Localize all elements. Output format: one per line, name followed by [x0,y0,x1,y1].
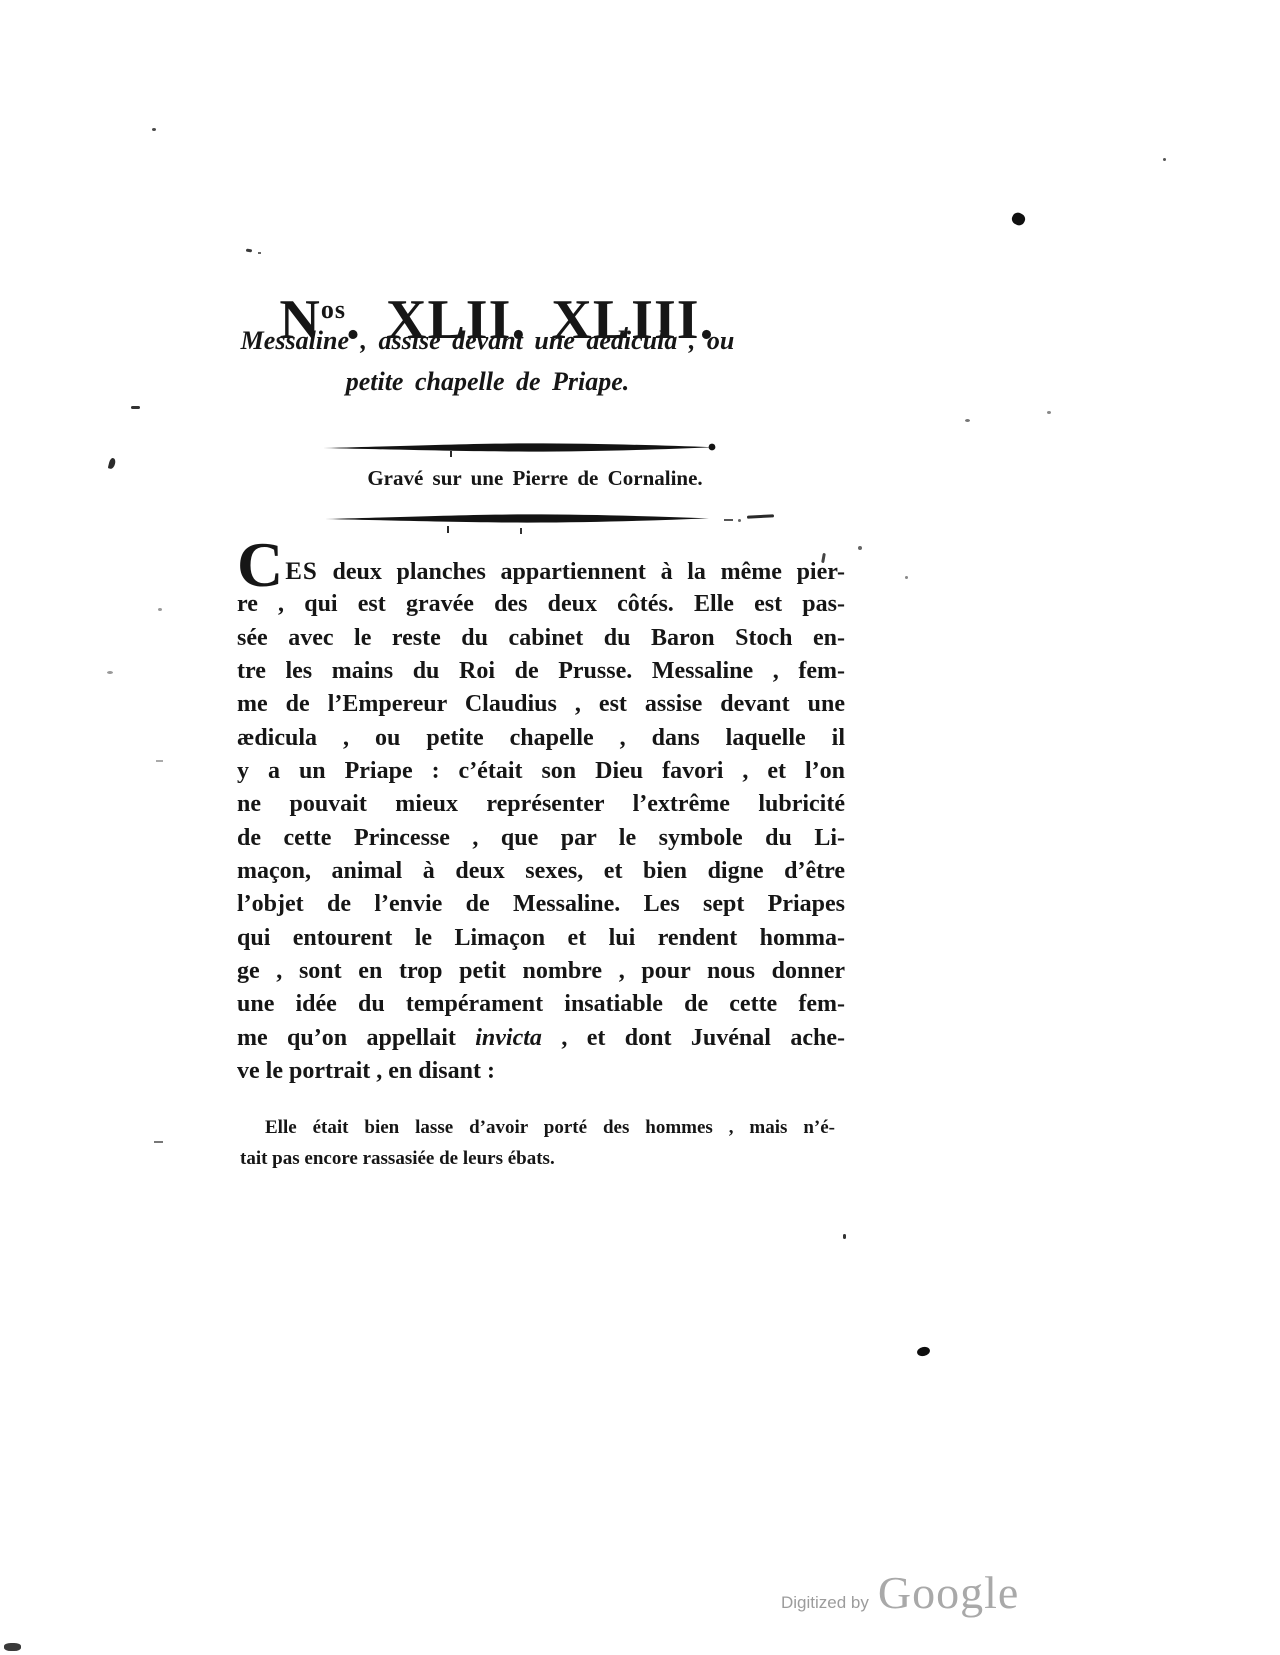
body-line: me qu’on appellait invicta , et dont Juv… [237,1022,845,1055]
quote-line-2: tait pas encore rassasiée de leurs ébats… [240,1143,835,1174]
quote-line-1: Elle était bien lasse d’avoir porté des … [240,1112,835,1143]
rule-trailing-dash [747,514,774,518]
ink-speckle [905,576,908,579]
ink-speckle [843,1234,846,1239]
body-line: re , qui est gravée des deux côtés. Elle… [237,588,845,621]
ink-speckle [1047,411,1051,414]
ink-comma-mark [108,457,116,469]
ink-speckle [1163,158,1166,161]
body-line-text: , et dont Juvénal ache- [542,1025,845,1051]
juvenal-quote: Elle était bien lasse d’avoir porté des … [240,1112,835,1174]
digitized-by-label: Digitized by [781,1593,869,1613]
ink-speckle [858,546,862,550]
body-line: qui entourent le Limaçon et lui rendent … [237,922,845,955]
ink-dash [131,406,140,409]
ink-speckle [246,249,252,253]
ink-speckle [107,671,113,674]
body-line: me de l’Empereur Claudius , est assise d… [237,688,845,721]
body-line: ædicula , ou petite chapelle , dans laqu… [237,722,845,755]
tick-mark [520,528,522,534]
body-line: l’objet de l’envie de Messaline. Les sep… [237,888,845,921]
ink-speckle [152,128,156,131]
body-line: ve le portrait , en disant : [237,1055,845,1088]
body-line: tre les mains du Roi de Prusse. Messalin… [237,655,845,688]
plate-title-line-1: Messaline , assise devant une aedicula ,… [235,320,740,361]
plate-title-line-2: petite chapelle de Priape. [235,361,740,402]
swelled-rule-bottom [325,511,713,531]
ink-dash [156,760,163,762]
rule-trailing-dash [724,519,733,521]
body-line: une idée du tempérament insatiable de ce… [237,988,845,1021]
body-paragraph: CES deux planches appartiennent à la mêm… [237,555,845,1089]
body-line: y a un Priape : c’était son Dieu favori … [237,755,845,788]
tick-mark [447,526,449,533]
ink-dash [154,1141,163,1143]
corner-smudge [4,1643,21,1651]
ink-speckle [965,419,970,422]
plate-title: Messaline , assise devant une aedicula ,… [235,320,740,402]
body-line: sée avec le reste du cabinet du Baron St… [237,622,845,655]
body-line-text: deux planches appartiennent à la même pi… [318,559,845,585]
italic-word: invicta [475,1025,542,1051]
body-line: CES deux planches appartiennent à la mêm… [237,555,845,588]
body-line: ne pouvait mieux représenter l’extrême l… [237,788,845,821]
scanned-book-page: Nos. XLII. XLIII. Messaline , assise dev… [0,0,1280,1655]
google-watermark: Digitized by Google [781,1570,1019,1616]
tick-mark [450,451,452,457]
google-logo: Google [878,1570,1019,1616]
body-line-text: me qu’on appellait [237,1025,475,1051]
body-line: maçon, animal à deux sexes, et bien dign… [237,855,845,888]
small-caps: ES [285,558,318,585]
ink-speckle [158,608,162,611]
rule-trailing-dot [738,519,741,522]
body-line: de cette Princesse , que par le symbole … [237,822,845,855]
swelled-rule-top [323,440,719,460]
engraving-caption: Gravé sur une Pierre de Cornaline. [300,466,770,491]
ink-blob [1010,211,1027,227]
ink-blob [916,1346,931,1358]
ink-speckle [258,252,261,254]
body-line: ge , sont en trop petit nombre , pour no… [237,955,845,988]
